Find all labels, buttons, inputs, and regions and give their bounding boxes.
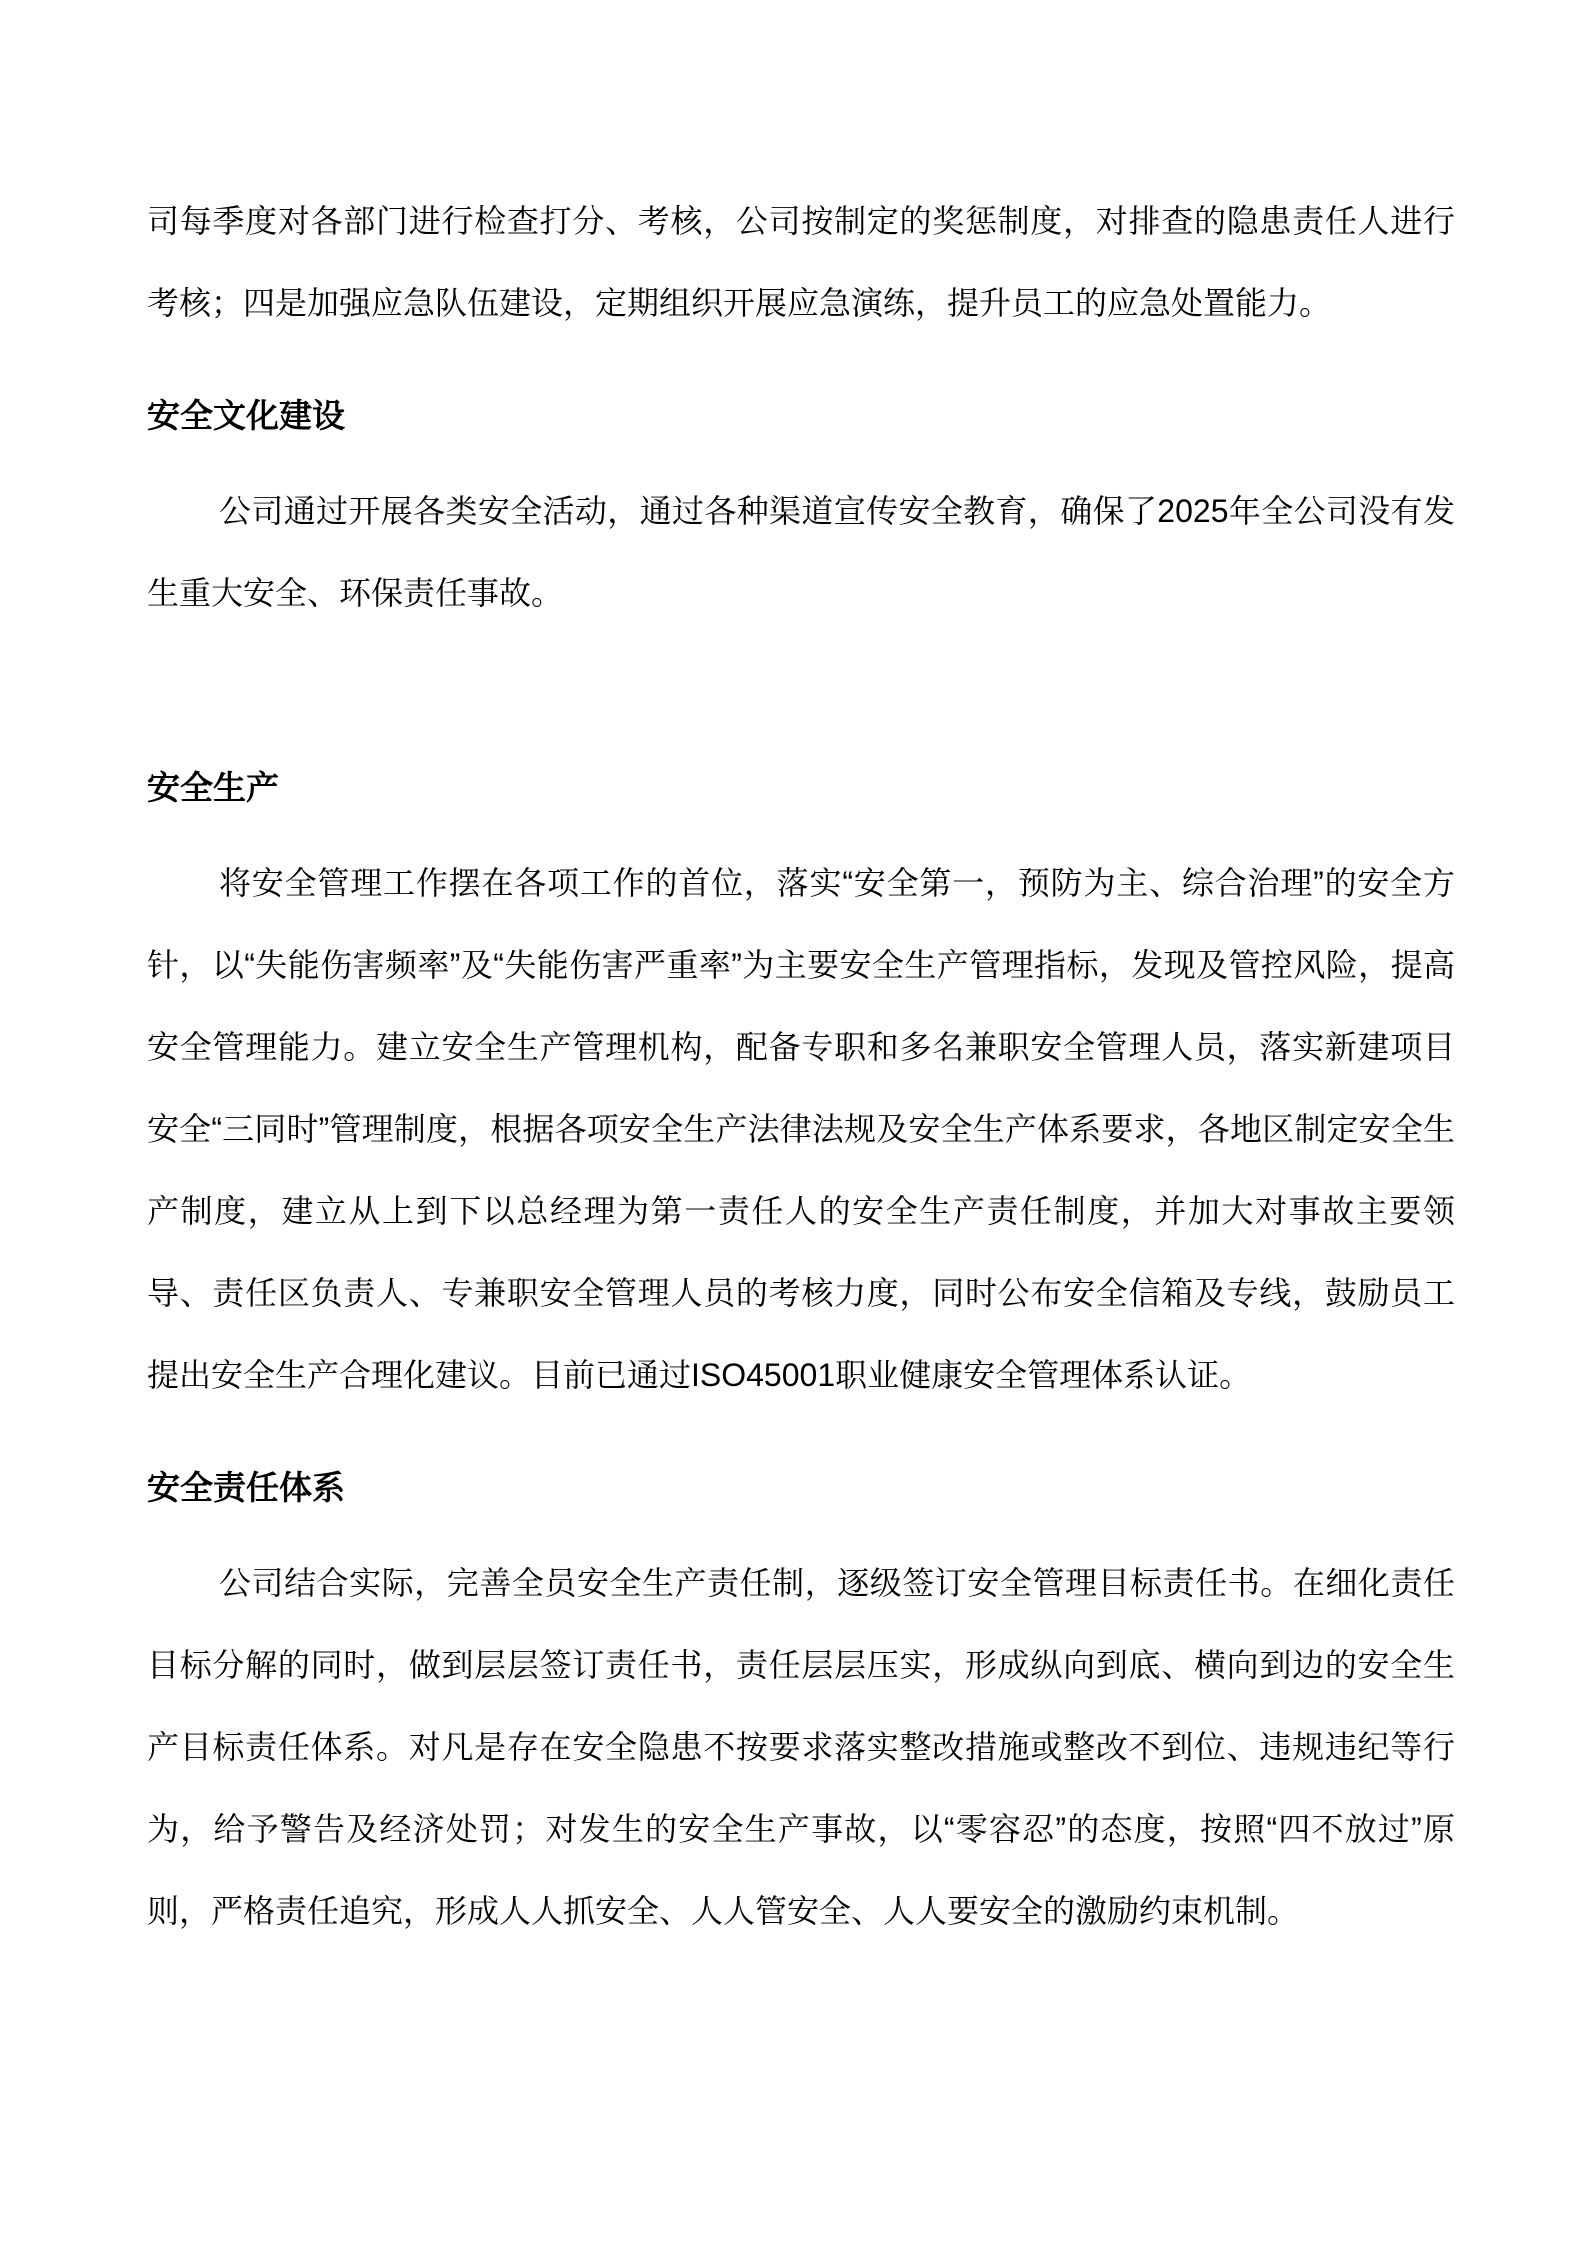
paragraph-safety-culture: 公司通过开展各类安全活动，通过各种渠道宣传安全教育，确保了2025年全公司没有发… [147,470,1455,634]
empty-line [147,634,1455,716]
paragraph-safety-responsibility-system: 公司结合实际，完善全员安全生产责任制，逐级签订安全管理目标责任书。在细化责任目标… [147,1542,1455,1952]
paragraph-emergency-continuation: 司每季度对各部门进行检查打分、考核，公司按制定的奖惩制度，对排查的隐患责任人进行… [147,180,1455,344]
paragraph-safety-production: 将安全管理工作摆在各项工作的首位，落实“安全第一，预防为主、综合治理”的安全方针… [147,842,1455,1416]
section-heading-safety-production: 安全生产 [147,747,1455,829]
section-heading-safety-culture: 安全文化建设 [147,375,1455,457]
document-page: 司每季度对各部门进行检查打分、考核，公司按制定的奖惩制度，对排查的隐患责任人进行… [0,0,1587,2245]
section-heading-safety-responsibility-system: 安全责任体系 [147,1447,1455,1529]
